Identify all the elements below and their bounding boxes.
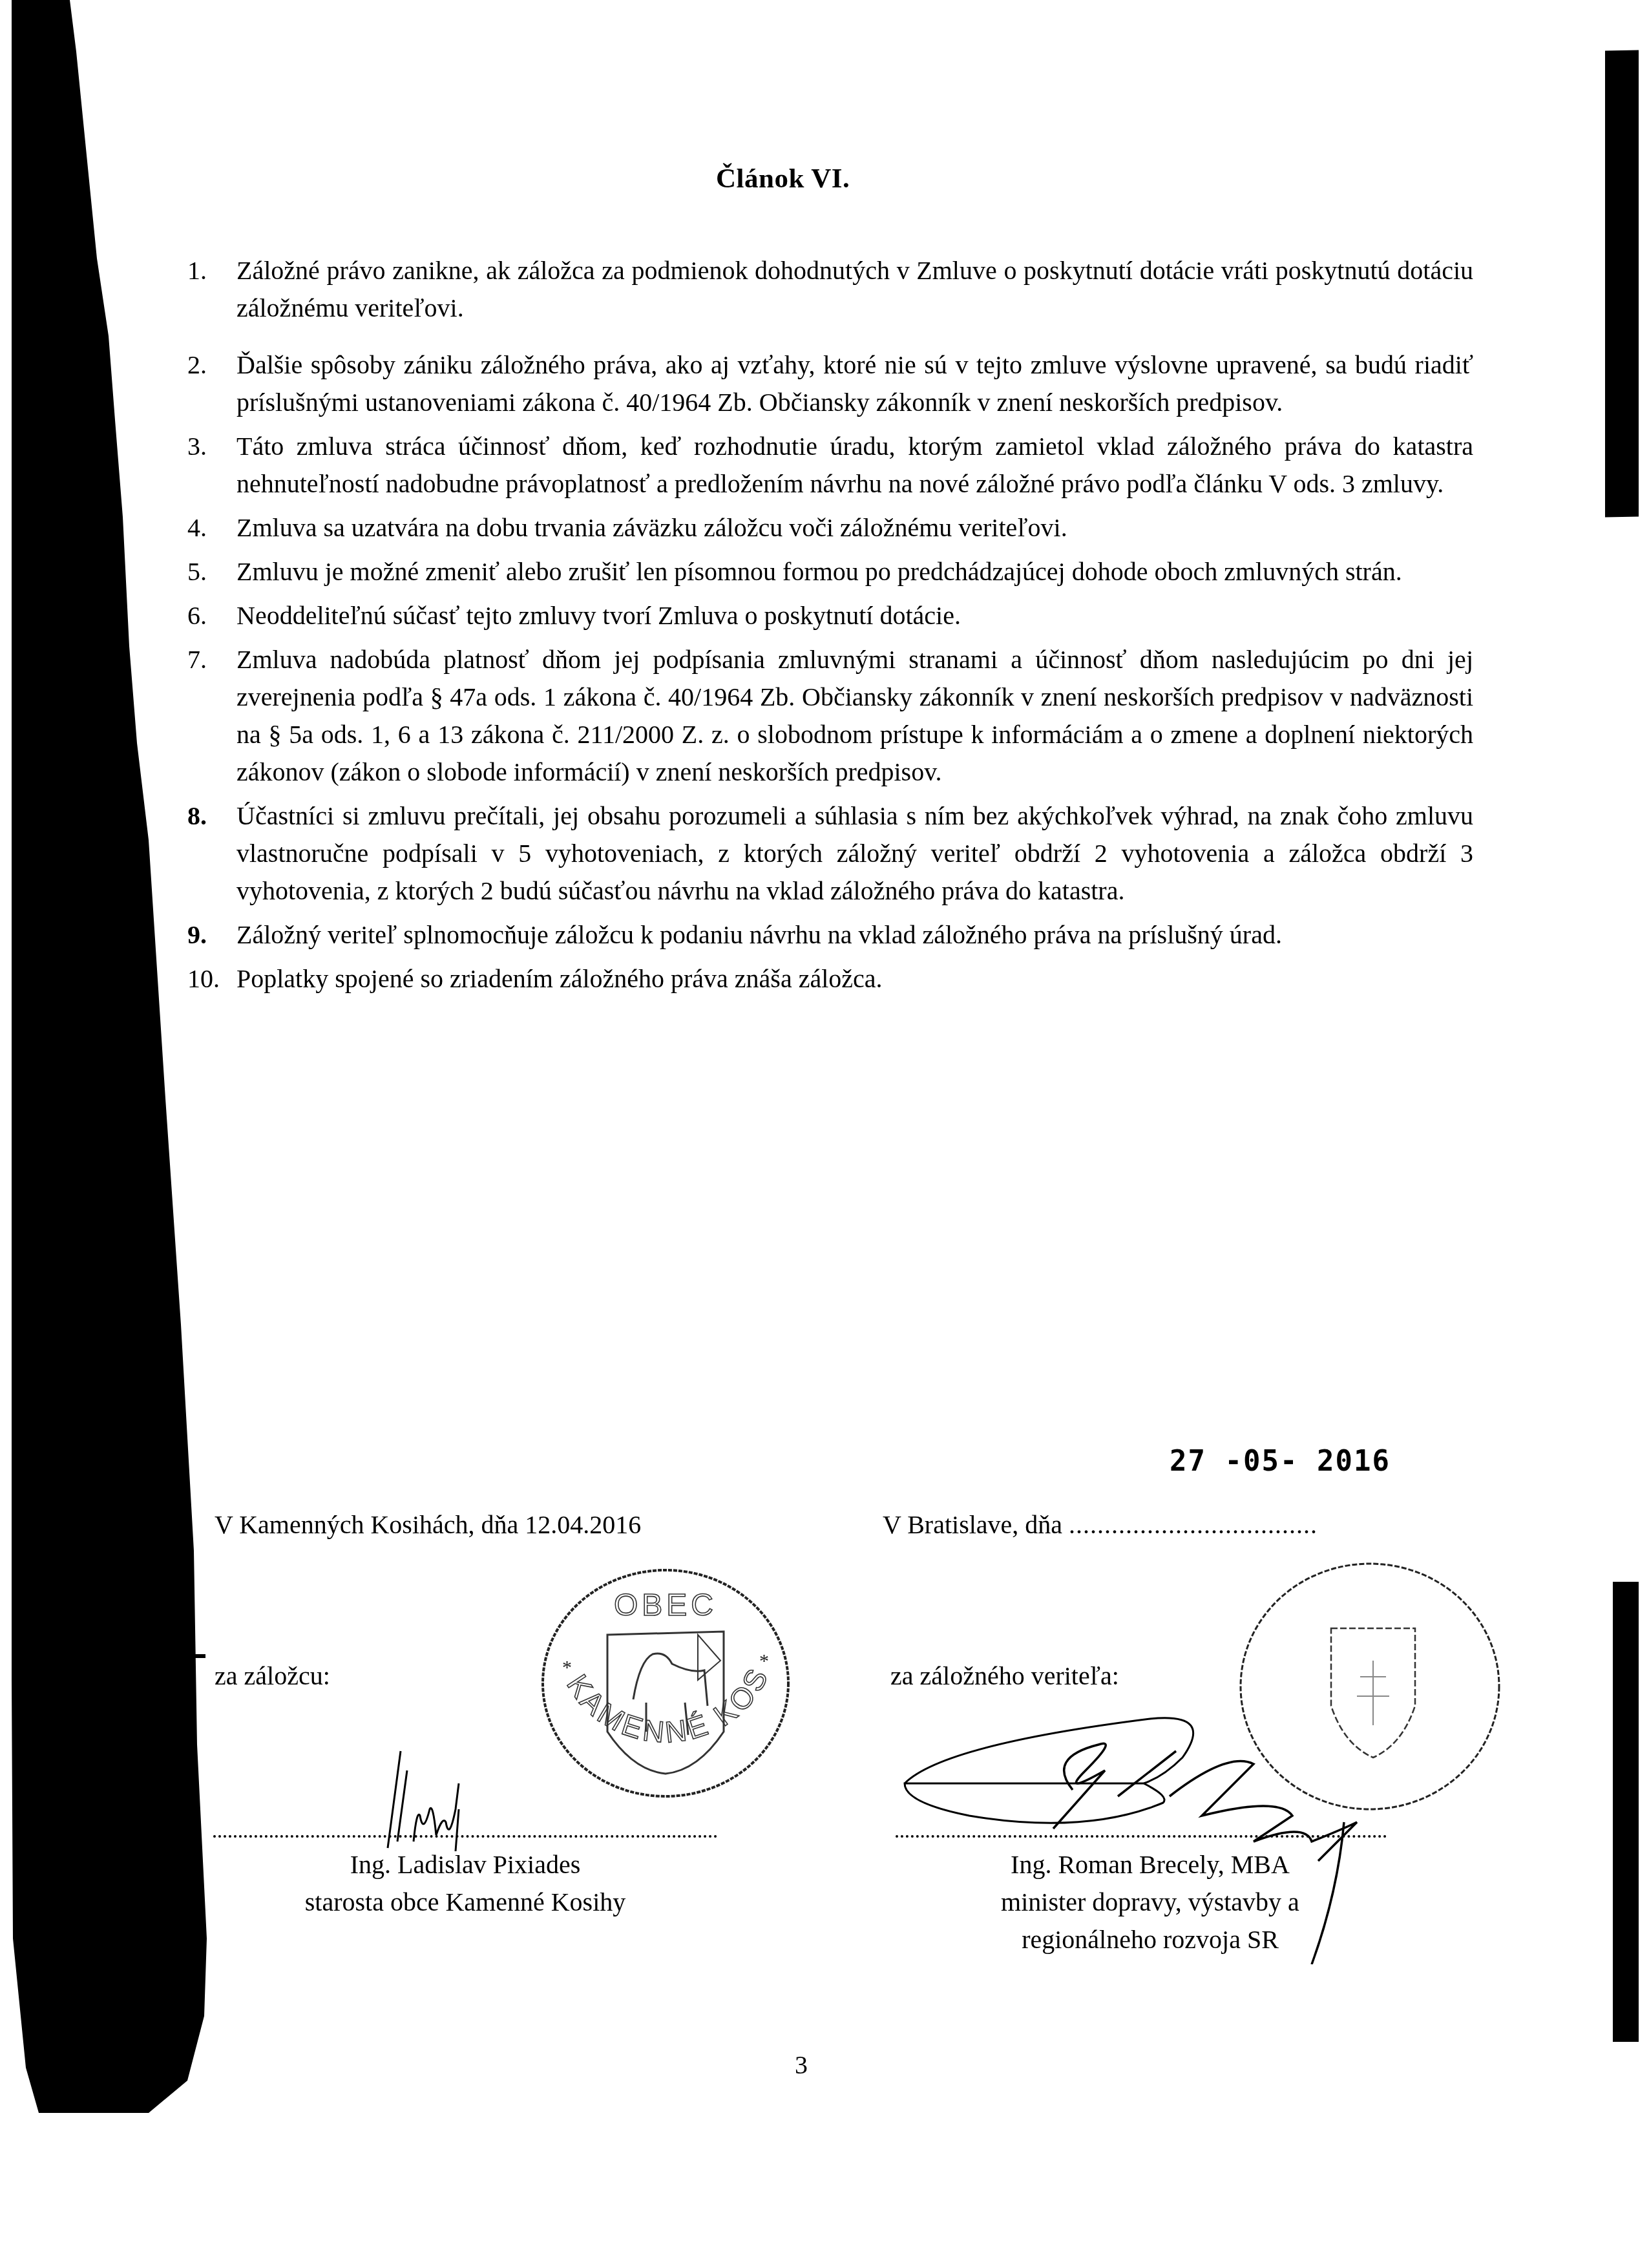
right-signer-title-line2: regionálneho rozvoja SR: [930, 1924, 1370, 1955]
left-place-date: V Kamenných Kosihách, dňa 12.04.2016: [215, 1509, 641, 1540]
item-text: Ďalšie spôsoby zániku záložného práva, a…: [236, 346, 1473, 421]
article-item: 10.Poplatky spojené so zriadením záložné…: [187, 960, 1473, 998]
article-items: 1.Záložné právo zanikne, ak záložca za p…: [187, 252, 1473, 998]
right-signer-title-line1: minister dopravy, výstavby a: [930, 1887, 1370, 1918]
item-number: 5.: [187, 553, 236, 591]
scan-edge-bar-bottom: [1613, 1582, 1639, 2042]
item-number: 8.: [187, 797, 236, 910]
item-text: Neoddeliteľnú súčasť tejto zmluvy tvorí …: [236, 597, 1473, 635]
article-item: 7.Zmluva nadobúda platnosť dňom jej podp…: [187, 641, 1473, 791]
item-number: 7.: [187, 641, 236, 791]
item-text: Záložné právo zanikne, ak záložca za pod…: [236, 252, 1473, 327]
item-number: 6.: [187, 597, 236, 635]
item-number: 3.: [187, 428, 236, 503]
municipal-stamp: OBEC * * KAMENNÉ KOSIHY: [536, 1564, 795, 1803]
scan-edge-shadow: [0, 0, 213, 2126]
svg-text:*: *: [562, 1657, 572, 1678]
article-item: 4.Zmluva sa uzatvára na dobu trvania záv…: [187, 509, 1473, 547]
right-signer-name: Ing. Roman Brecely, MBA: [930, 1849, 1370, 1880]
svg-text:OBEC: OBEC: [614, 1588, 717, 1622]
item-number: 2.: [187, 346, 236, 421]
article-item: 2.Ďalšie spôsoby zániku záložného práva,…: [187, 346, 1473, 421]
right-signature-line: [896, 1835, 1387, 1838]
left-signature: [362, 1745, 491, 1854]
right-place-date: V Bratislave, dňa ......................…: [883, 1509, 1318, 1540]
page-number: 3: [795, 2050, 808, 2080]
right-place-date-dots: ...................................: [1069, 1510, 1318, 1539]
item-text: Zmluva sa uzatvára na dobu trvania záväz…: [236, 509, 1473, 547]
scan-edge-bar-top: [1605, 50, 1639, 518]
received-date-stamp: 27 -05- 2016: [1170, 1445, 1391, 1478]
item-text: Táto zmluva stráca účinnosť dňom, keď ro…: [236, 428, 1473, 503]
article-item: 5.Zmluvu je možné zmeniť alebo zrušiť le…: [187, 553, 1473, 591]
left-signer-name: Ing. Ladislav Pixiades: [297, 1849, 633, 1880]
article-item: 8.Účastníci si zmluvu prečítali, jej obs…: [187, 797, 1473, 910]
item-text: Záložný veriteľ splnomocňuje záložcu k p…: [236, 916, 1473, 954]
article-item: 6.Neoddeliteľnú súčasť tejto zmluvy tvor…: [187, 597, 1473, 635]
item-text: Účastníci si zmluvu prečítali, jej obsah…: [236, 797, 1473, 910]
right-signature: [892, 1667, 1447, 1964]
left-signature-line: [213, 1835, 717, 1838]
item-number: 9.: [187, 916, 236, 954]
right-place-date-prefix: V Bratislave, dňa: [883, 1510, 1062, 1539]
left-role-label: za záložcu:: [215, 1661, 330, 1692]
article-item: 9.Záložný veriteľ splnomocňuje záložcu k…: [187, 916, 1473, 954]
article-title: Článok VI.: [716, 163, 850, 194]
item-text: Poplatky spojené so zriadením záložného …: [236, 960, 1473, 998]
item-number: 4.: [187, 509, 236, 547]
item-number: 10.: [187, 960, 236, 998]
article-item: 1.Záložné právo zanikne, ak záložca za p…: [187, 252, 1473, 327]
item-number: 1.: [187, 252, 236, 327]
left-signer-title: starosta obce Kamenné Kosihy: [246, 1887, 685, 1918]
item-text: Zmluvu je možné zmeniť alebo zrušiť len …: [236, 553, 1473, 591]
article-item: 3.Táto zmluva stráca účinnosť dňom, keď …: [187, 428, 1473, 503]
item-text: Zmluva nadobúda platnosť dňom jej podpís…: [236, 641, 1473, 791]
